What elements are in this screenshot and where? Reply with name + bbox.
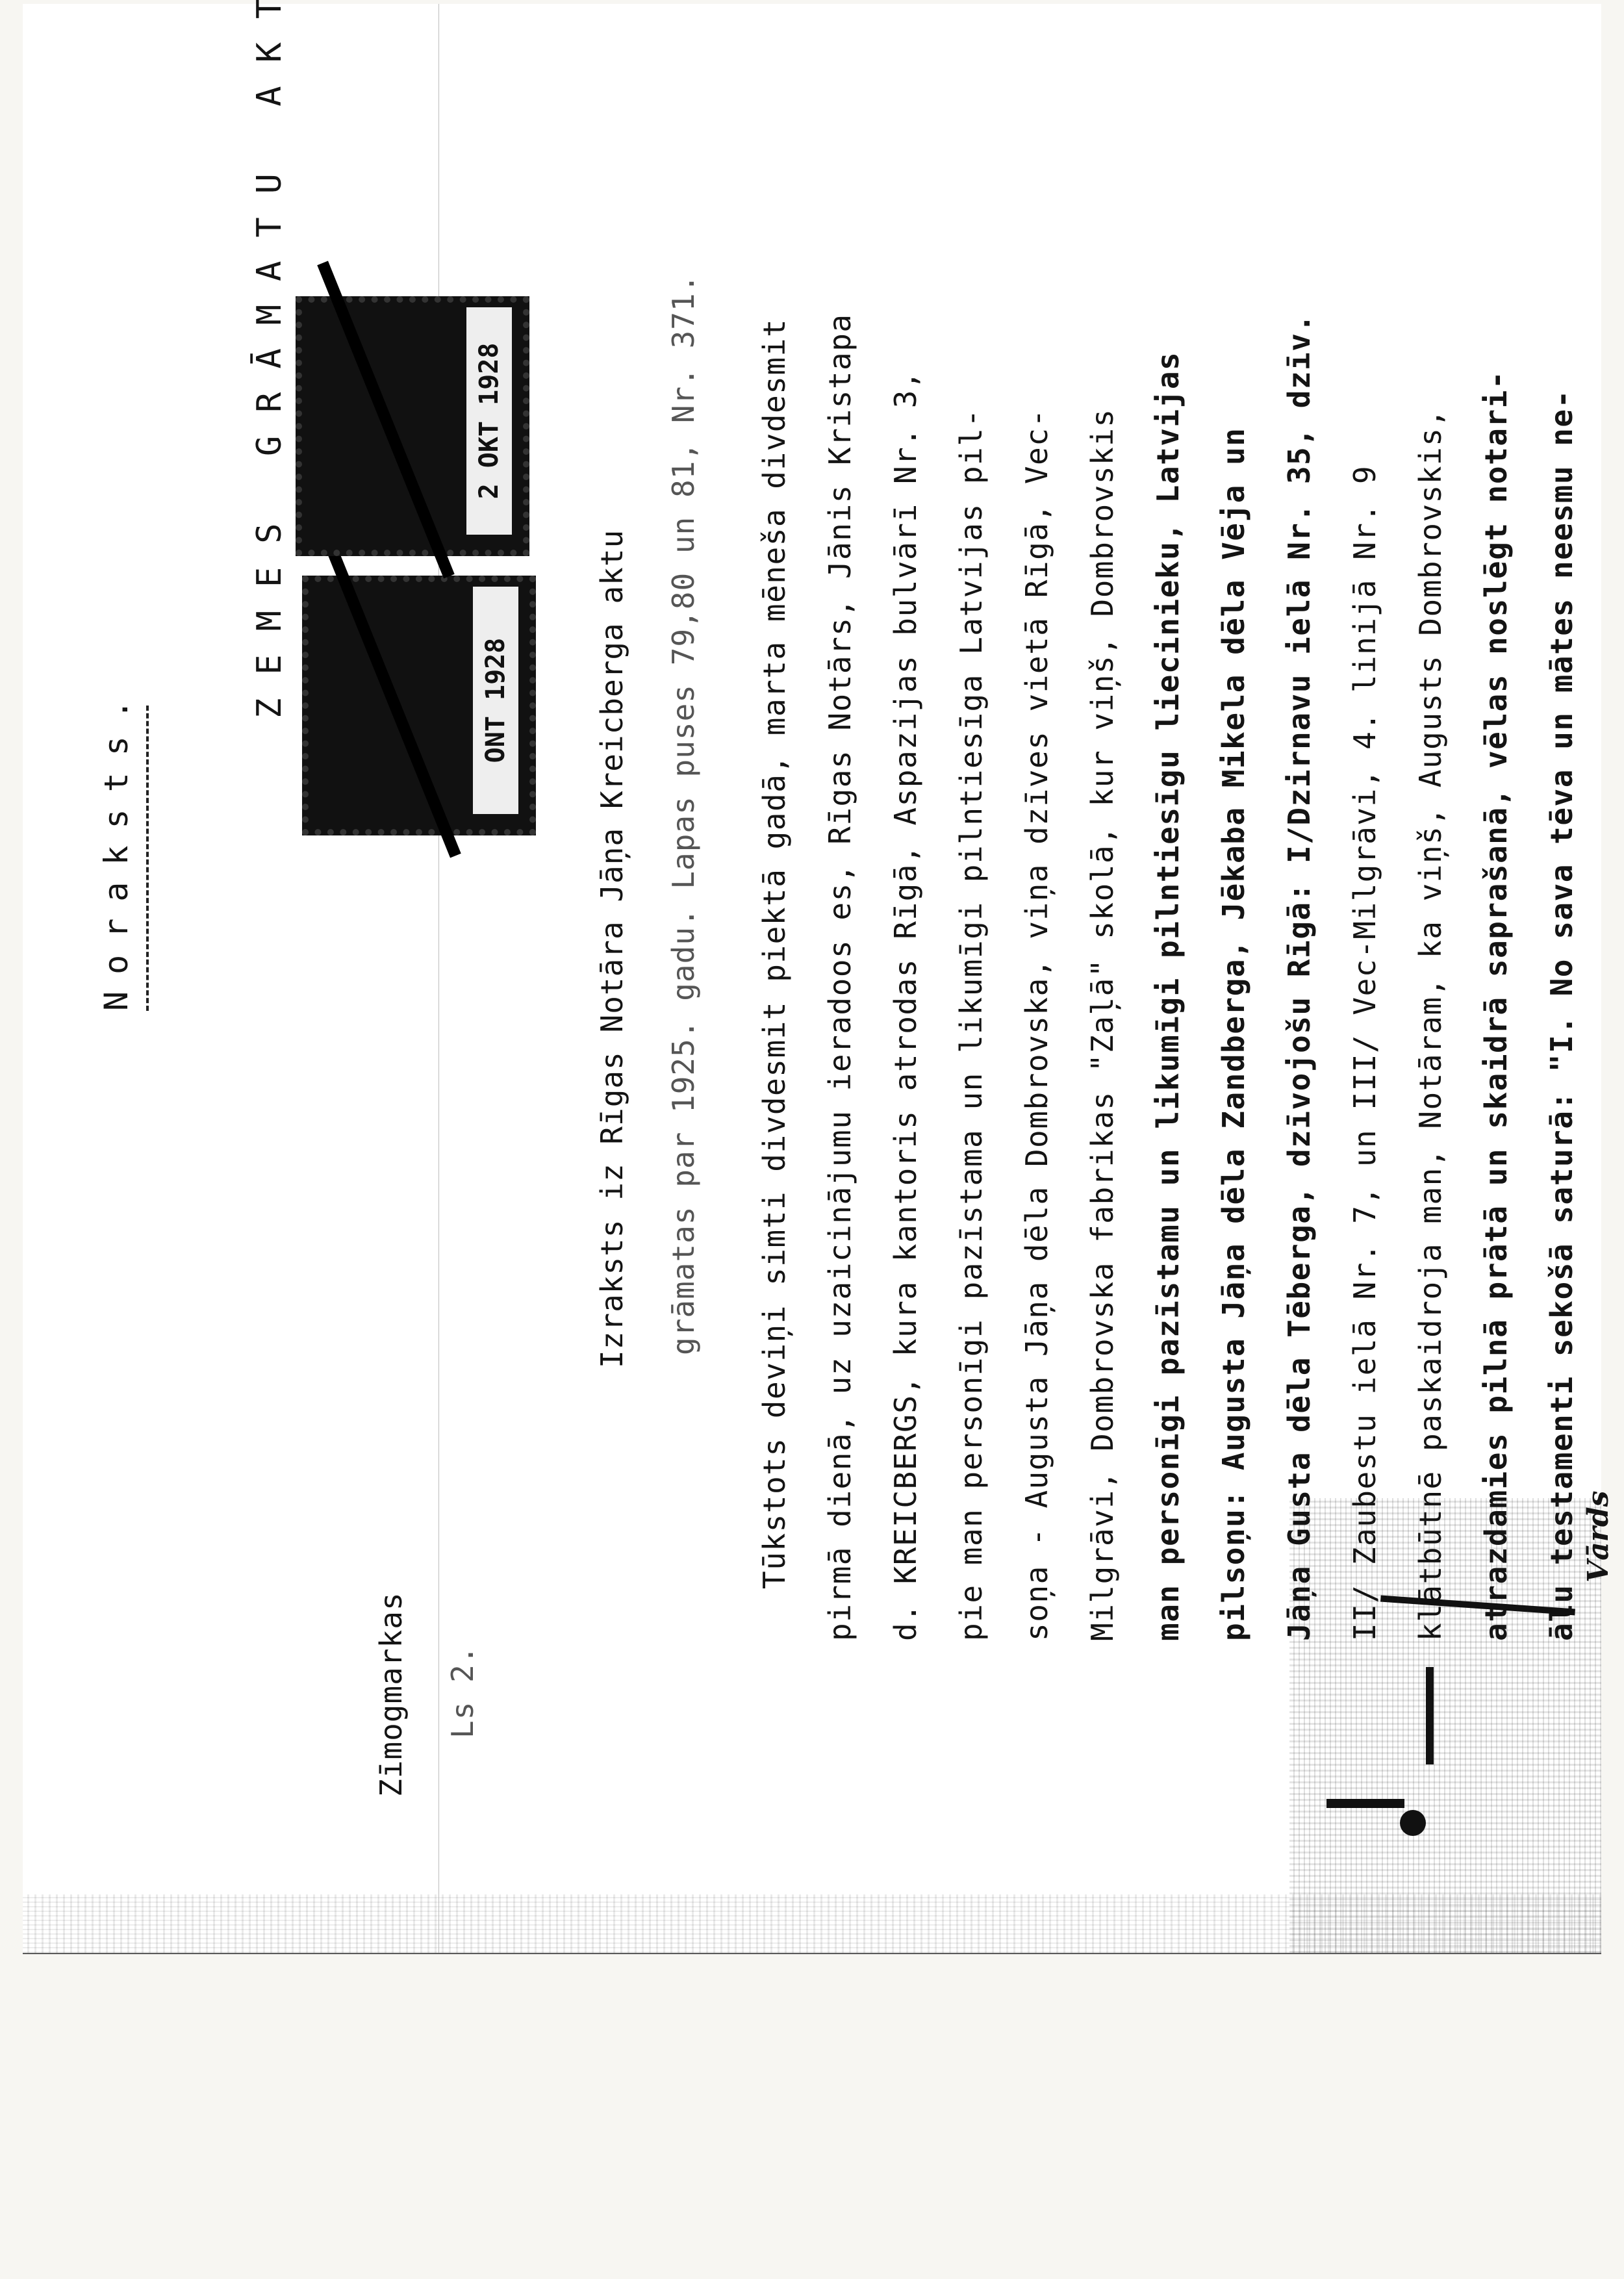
extract-reference: grāmatas par 1925. gadu. Lapas puses 79,… [666, 274, 701, 1355]
body-line: soņa - Augusta Jāņa dēla Dombrovska, viņ… [1019, 408, 1054, 1641]
handwritten-initials: Vārds [1582, 1491, 1615, 1583]
revenue-stamp: 2 OKT 1928 [296, 296, 529, 556]
body-line: pilsoņu: Augusta Jāņa dēla Zandberga, Jē… [1216, 427, 1251, 1641]
revenue-stamp: ONT 1928 [302, 576, 536, 835]
stamp-value: 2 OKT 1928 [464, 305, 514, 537]
body-line: pirmā dienā, uz uzaicinājumu ieradoos es… [822, 313, 857, 1641]
photocopy-area: Noraksts. ZEMES GRĀMATU AKTS. ONT 1928 2… [23, 4, 1601, 1954]
document-page: Noraksts. ZEMES GRĀMATU AKTS. ONT 1928 2… [0, 0, 1624, 2279]
body-line: d. KREICBERGS, kura kantoris atrodas Rīg… [888, 370, 923, 1641]
document-title: ZEMES GRĀMATU AKTS. [250, 0, 289, 719]
stamp-value: ONT 1928 [471, 585, 520, 816]
stamp-duty-label: Zīmogmarkas [374, 1592, 409, 1797]
stamp-cancel-stroke [324, 541, 461, 858]
registration-mark-icon [1426, 1667, 1434, 1764]
body-line: Milgrāvi, Dombrovska fabrikas "Zaļā" sko… [1085, 408, 1120, 1641]
body-line: Jāņa Gusta dēla Tēberga, dzīvojošu Rīgā:… [1282, 313, 1317, 1641]
header-underline [146, 706, 149, 1011]
body-line: man personīgi pazīstamu un likumīgi piln… [1150, 351, 1186, 1641]
body-line: atrazdamies pilnā prātā un skaidrā sapra… [1478, 370, 1514, 1641]
body-line: Tūkstots deviņi simti divdesmit piektā g… [757, 318, 792, 1589]
extract-heading: Izraksts iz Rīgas Notāra Jāņa Kreicberga… [594, 529, 629, 1368]
body-line: ālu testamenti sekošā saturā: "I. No sav… [1544, 389, 1579, 1641]
document-header: Noraksts. [97, 683, 135, 1011]
body-line: pie man personīgi pazīstama un likumīgi … [954, 408, 989, 1641]
stamp-cancel-stroke [317, 261, 454, 579]
body-line: II/ Zaubestu ielā Nr. 7, un III/ Vec-Mil… [1347, 465, 1382, 1641]
stamp-duty-value: Ls 2. [445, 1646, 480, 1738]
ink-blot [1400, 1810, 1426, 1836]
body-line: klātbūtnē paskaidroja man, Notāram, ka v… [1413, 408, 1448, 1641]
registration-mark-icon [1326, 1799, 1404, 1808]
